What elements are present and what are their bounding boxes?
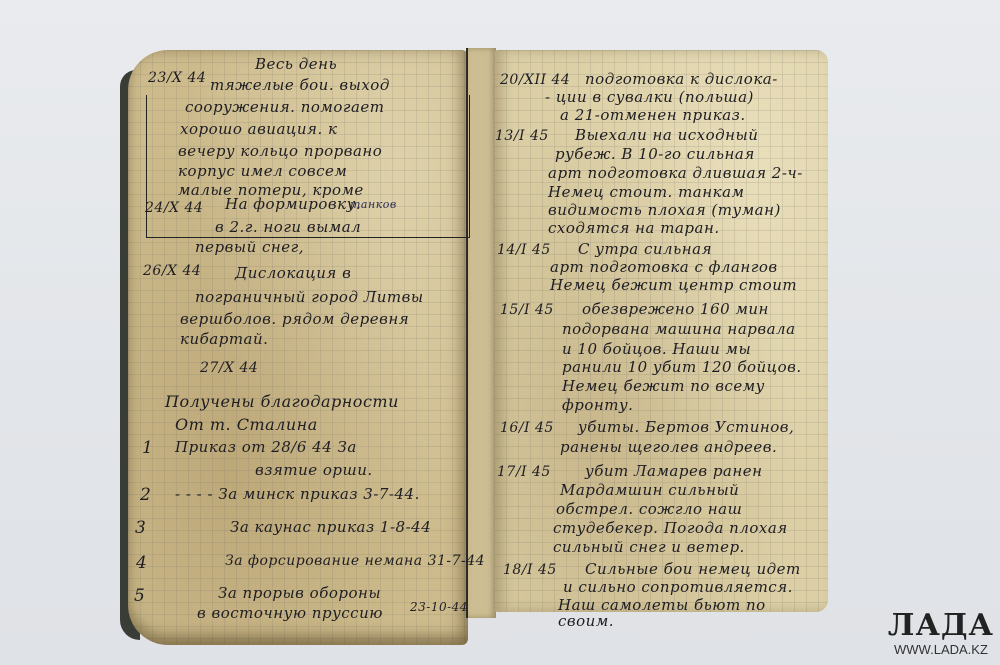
- entry-line: арт подготовка длившая 2-ч-: [548, 164, 803, 182]
- entry-date: 16/I 45: [500, 420, 554, 436]
- list-item-text: в восточную пруссию: [197, 604, 383, 622]
- entry-line: От т. Сталина: [175, 415, 318, 434]
- entry-line: а 21-отменен приказ.: [560, 106, 746, 124]
- entry-line: Весь день: [255, 55, 337, 73]
- list-item-text: - - - - За минск приказ 3-7-44.: [175, 485, 420, 503]
- entry-line: Сильные бои немец идет: [585, 560, 801, 578]
- entry-date: 13/I 45: [495, 128, 549, 144]
- entry-date: 14/I 45: [497, 242, 551, 258]
- entry-line: вершболов. рядом деревня: [180, 310, 409, 328]
- entry-date: 15/I 45: [500, 302, 554, 318]
- open-diary: 23/X 44 Весь день тяжелые бои. выход соо…: [0, 0, 1000, 665]
- entry-line: студебекер. Погода плохая: [553, 519, 788, 537]
- entry-line: видимость плохая (туман): [548, 201, 781, 219]
- list-item-text: взятие орши.: [255, 461, 373, 479]
- entry-line: и сильно сопротивляется.: [563, 578, 793, 596]
- entry-line: в 2.г. ноги вымал: [215, 218, 361, 236]
- entry-line: корпус имел совсем: [178, 162, 347, 180]
- entry-line: подорвана машина нарвала: [562, 320, 796, 338]
- entry-line: сооружения. помогает: [185, 98, 385, 116]
- list-item-text: Приказ от 28/6 44 За: [175, 438, 357, 456]
- entry-line: своим.: [558, 612, 614, 630]
- entry-line: ранены щеголев андреев.: [560, 438, 777, 456]
- entry-line: Немец стоит. танкам: [548, 183, 744, 201]
- entry-line: убит Ламарев ранен: [585, 462, 763, 480]
- entry-line: Мардамшин сильный: [560, 481, 739, 499]
- list-number: 2: [140, 485, 151, 505]
- list-number: 3: [135, 518, 146, 538]
- entry-line: фронту.: [562, 396, 633, 414]
- entry-date: 24/X 44: [145, 200, 203, 216]
- entry-line: и 10 бойцов. Наши мы: [562, 340, 751, 358]
- entry-line: тяжелые бои. выход: [210, 76, 390, 94]
- watermark-logo: ЛАДА WWW.LADA.KZ: [888, 610, 994, 657]
- entry-line: С утра сильная: [578, 240, 712, 258]
- entry-line: ранили 10 убит 120 бойцов.: [562, 358, 802, 376]
- left-page-gutter: [468, 48, 496, 618]
- list-number: 4: [136, 553, 147, 573]
- list-item-text: За каунас приказ 1-8-44: [230, 518, 431, 536]
- entry-line: рубеж. В 10-го сильная: [555, 145, 755, 163]
- entry-line: хорошо авиация. к: [180, 120, 337, 138]
- entry-line: убиты. Бертов Устинов,: [578, 418, 794, 436]
- entry-date: 27/X 44: [200, 360, 258, 376]
- entry-line: вечеру кольцо прорвано: [178, 142, 382, 160]
- list-item-date: 23-10-44: [410, 600, 468, 614]
- entry-line: обезврежено 160 мин: [582, 300, 769, 318]
- entry-line: подготовка к дислока-: [585, 70, 778, 88]
- entry-line: - ции в сувалки (польша): [545, 88, 754, 106]
- entry-line: сильный снег и ветер.: [553, 538, 745, 556]
- watermark-url: WWW.LADA.KZ: [888, 642, 994, 657]
- entry-date: 26/X 44: [143, 263, 201, 279]
- watermark-title: ЛАДА: [888, 610, 994, 642]
- entry-line: Получены благодарности: [165, 392, 399, 411]
- entry-line: арт подготовка с флангов: [550, 258, 778, 276]
- entry-line: пограничный город Литвы: [195, 288, 424, 306]
- entry-line: Немец бежит по всему: [562, 377, 765, 395]
- entry-date: 18/I 45: [503, 562, 557, 578]
- list-number: 1: [142, 438, 153, 458]
- entry-line: На формировку.: [225, 195, 361, 213]
- list-item-text: За прорыв обороны: [218, 584, 381, 602]
- entry-line: Дислокация в: [235, 264, 351, 282]
- entry-date: 23/X 44: [148, 70, 206, 86]
- entry-line: сходятся на таран.: [548, 219, 720, 237]
- entry-line: обстрел. сожгло наш: [556, 500, 742, 518]
- list-item-text: За форсирование немана 31-7-44: [225, 553, 485, 569]
- entry-date: 20/XII 44: [500, 72, 570, 88]
- list-number: 5: [134, 586, 145, 606]
- entry-line: первый снег,: [195, 238, 304, 256]
- entry-line: Немец бежит центр стоит: [550, 276, 797, 294]
- entry-line: Выехали на исходный: [575, 126, 758, 144]
- entry-line: кибартай.: [180, 330, 268, 348]
- entry-date: 17/I 45: [497, 464, 551, 480]
